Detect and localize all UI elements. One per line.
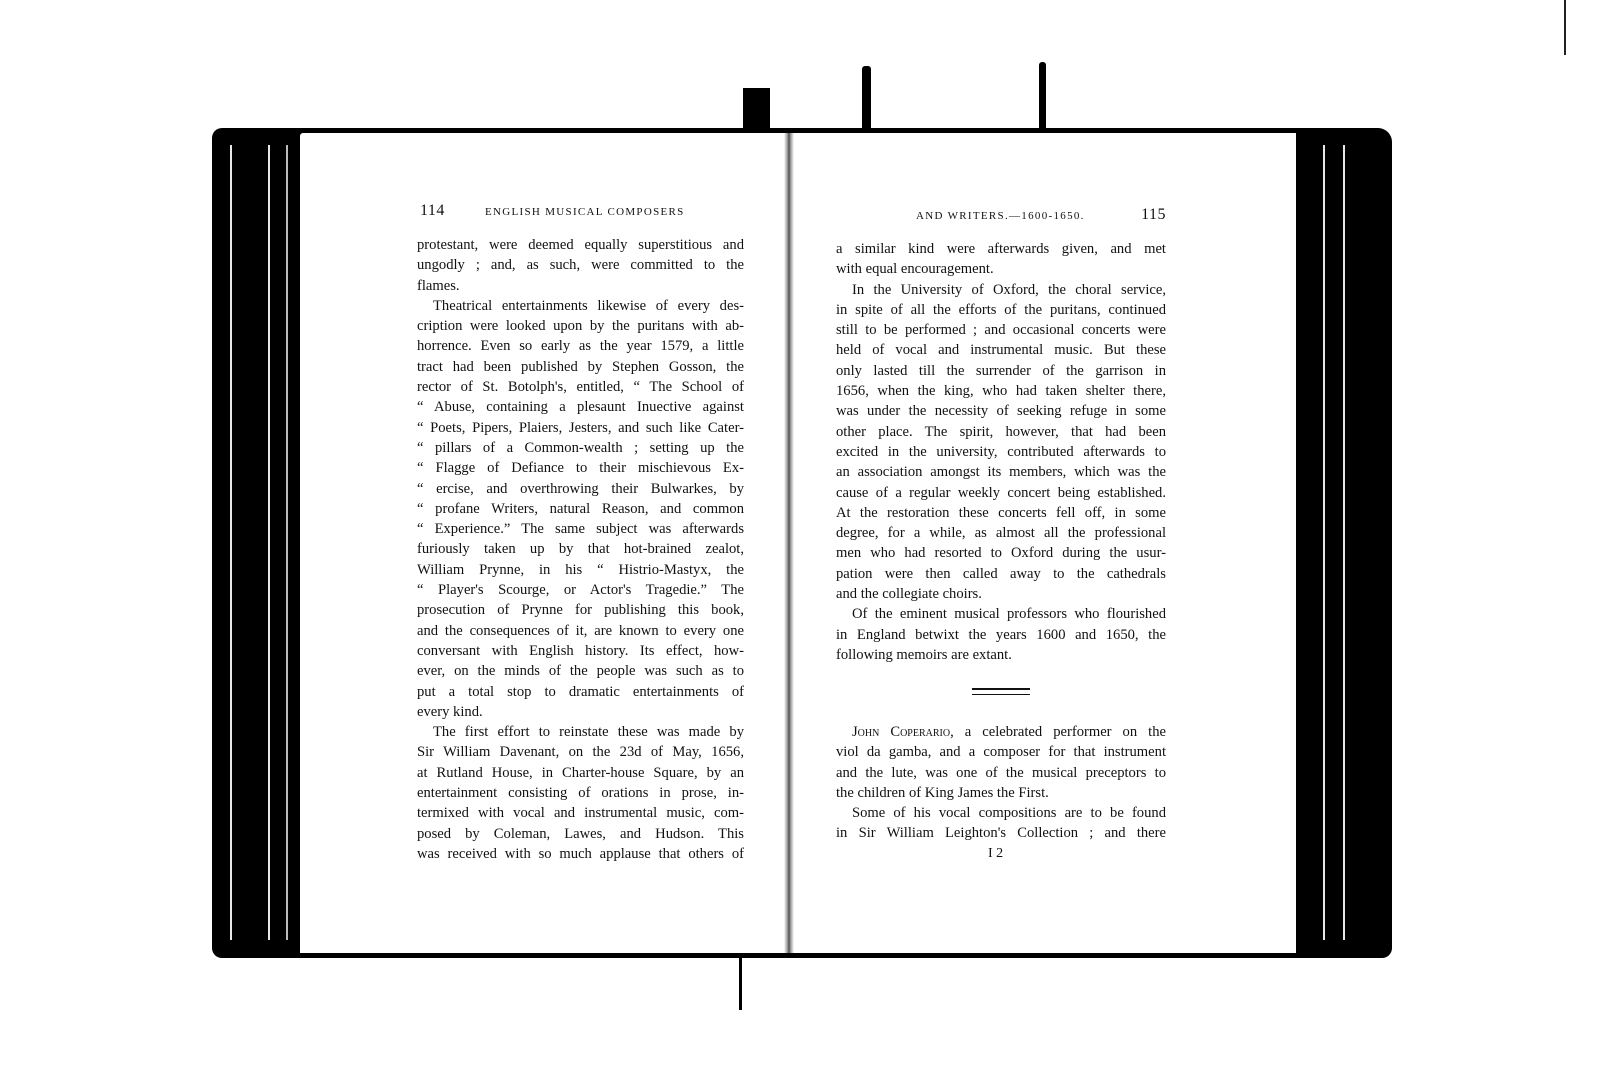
text-line: ever, on the minds of the people was suc… — [417, 661, 744, 681]
page-number: 114 — [420, 202, 445, 220]
scan-artifact — [1564, 0, 1566, 55]
text-line: the children of King James the First. — [836, 783, 1166, 803]
text-line: ungodly ; and, as such, were committed t… — [417, 255, 744, 275]
page-number: 115 — [1141, 206, 1166, 224]
text-line: in spite of all the efforts of the purit… — [836, 300, 1166, 320]
text-line: excited in the university, contributed a… — [836, 442, 1166, 462]
text-line: an association amongst its members, whic… — [836, 462, 1166, 482]
text-line: and the lute, was one of the musical pre… — [836, 763, 1166, 783]
text-line: entertainment consisting of orations in … — [417, 783, 744, 803]
text-line: degree, for a while, as almost all the p… — [836, 523, 1166, 543]
text-line: termixed with vocal and instrumental mus… — [417, 803, 744, 823]
text-line: In the University of Oxford, the choral … — [836, 280, 1166, 300]
text-line: flames. — [417, 276, 744, 296]
edge-stripe — [286, 145, 288, 940]
biography-entry: John Coperario, a celebrated performer o… — [836, 722, 1166, 844]
page-tab — [1039, 62, 1046, 132]
text-line: cription were looked upon by the puritan… — [417, 316, 744, 336]
text-line: “ Player's Scourge, or Actor's Tragedie.… — [417, 580, 744, 600]
text-line: rector of St. Botolph's, entitled, “ The… — [417, 377, 744, 397]
text-line: posed by Coleman, Lawes, and Hudson. Thi… — [417, 824, 744, 844]
text-line: was under the necessity of seeking refug… — [836, 401, 1166, 421]
text-line: following memoirs are extant. — [836, 645, 1166, 665]
text-line: men who had resorted to Oxford during th… — [836, 543, 1166, 563]
text-line: 1656, when the king, who had taken shelt… — [836, 381, 1166, 401]
book-gutter — [784, 133, 794, 953]
text-line: “ pillars of a Common-wealth ; setting u… — [417, 438, 744, 458]
text-line: a similar kind were afterwards given, an… — [836, 239, 1166, 259]
text-line: “ Abuse, containing a plesaunt Inuective… — [417, 397, 744, 417]
text-line: “ ercise, and overthrowing their Bulwark… — [417, 479, 744, 499]
ribbon-tail — [739, 955, 742, 1010]
signature-mark: I 2 — [988, 846, 1003, 862]
ribbon-bookmark — [743, 88, 770, 132]
left-page-body: protestant, were deemed equally supersti… — [417, 235, 744, 864]
edge-stripe — [1323, 145, 1325, 940]
text-line: with equal encouragement. — [836, 259, 1166, 279]
text-line: protestant, were deemed equally supersti… — [417, 235, 744, 255]
text-line: “ Poets, Pipers, Plaiers, Jesters, and s… — [417, 418, 744, 438]
text-line: Sir William Davenant, on the 23d of May,… — [417, 742, 744, 762]
text-line: “ Experience.” The same subject was afte… — [417, 519, 744, 539]
text-line: “ profane Writers, natural Reason, and c… — [417, 499, 744, 519]
text-line: at Rutland House, in Charter-house Squar… — [417, 763, 744, 783]
right-page-edges — [1295, 135, 1387, 950]
text-line: other place. The spirit, however, that h… — [836, 422, 1166, 442]
text-line: conversant with English history. Its eff… — [417, 641, 744, 661]
text-line: William Prynne, in his “ Histrio-Mastyx,… — [417, 560, 744, 580]
running-head-title: AND WRITERS.—1600-1650. — [916, 210, 1085, 222]
edge-stripe — [230, 145, 232, 940]
text-line: held of vocal and instrumental music. Bu… — [836, 340, 1166, 360]
text-line: Some of his vocal compositions are to be… — [836, 803, 1166, 823]
text-line: in England betwixt the years 1600 and 16… — [836, 625, 1166, 645]
text-line: and the consequences of it, are known to… — [417, 621, 744, 641]
text-line: Of the eminent musical professors who fl… — [836, 604, 1166, 624]
text-line: prosecution of Prynne for publishing thi… — [417, 600, 744, 620]
running-head-title: ENGLISH MUSICAL COMPOSERS — [485, 206, 685, 218]
text-line: At the restoration these concerts fell o… — [836, 503, 1166, 523]
text-line: John Coperario, a celebrated performer o… — [836, 722, 1166, 742]
text-line: furiously taken up by that hot-brained z… — [417, 539, 744, 559]
right-page-body: a similar kind were afterwards given, an… — [836, 239, 1166, 665]
text-line: still to be performed ; and occasional c… — [836, 320, 1166, 340]
text-line: pation were then called away to the cath… — [836, 564, 1166, 584]
left-page-edges — [216, 135, 302, 950]
text-line: The first effort to reinstate these was … — [417, 722, 744, 742]
section-divider-rule — [972, 688, 1030, 695]
text-line: and the collegiate choirs. — [836, 584, 1166, 604]
text-line: viol da gamba, and a composer for that i… — [836, 742, 1166, 762]
text-line: Theatrical entertainments likewise of ev… — [417, 296, 744, 316]
page-tab — [862, 66, 871, 132]
text-line: every kind. — [417, 702, 744, 722]
text-line: horrence. Even so early as the year 1579… — [417, 336, 744, 356]
text-line: cause of a regular weekly concert being … — [836, 483, 1166, 503]
text-line: “ Flagge of Defiance to their mischievou… — [417, 458, 744, 478]
text-line: was received with so much applause that … — [417, 844, 744, 864]
text-line: only lasted till the surrender of the ga… — [836, 361, 1166, 381]
entry-name: John Coperario — [852, 724, 950, 740]
text-line: put a total stop to dramatic entertainme… — [417, 682, 744, 702]
text-line: in Sir William Leighton's Collection ; a… — [836, 823, 1166, 843]
edge-stripe — [1343, 145, 1345, 940]
text-line: tract had been published by Stephen Goss… — [417, 357, 744, 377]
edge-stripe — [268, 145, 270, 940]
